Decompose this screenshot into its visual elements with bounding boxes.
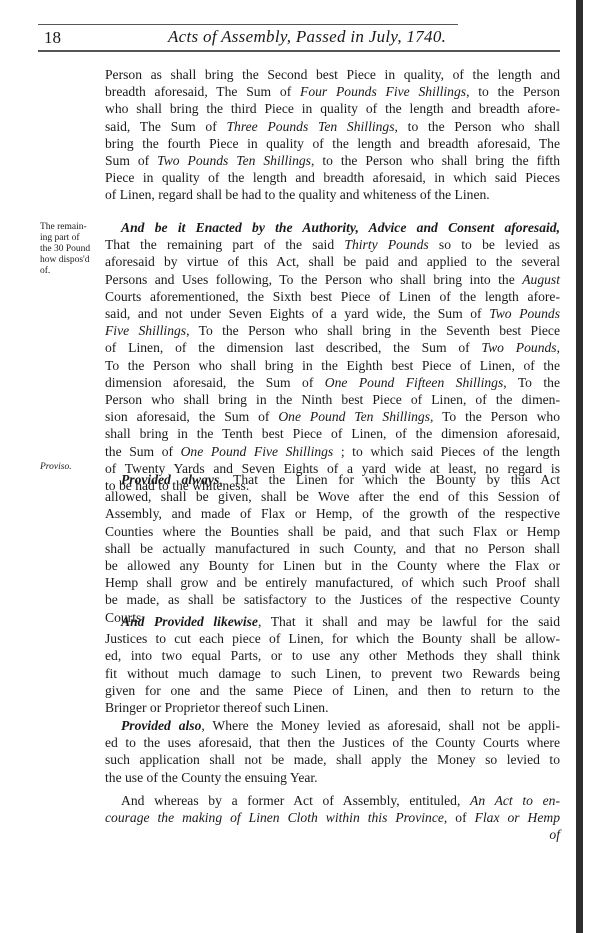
scan-binding-edge — [576, 0, 583, 933]
margin-note-remaining-part: The remain-ing part ofthe 30 Poundhow di… — [40, 222, 102, 277]
text-line: fit without much damage to such Linen, t… — [105, 665, 560, 682]
text-line: of Linen, regard shall be had to the qua… — [105, 186, 560, 203]
text-line: Provided also, Where the Money levied as… — [105, 717, 560, 734]
text-line: And whereas by a former Act of Assembly,… — [105, 792, 560, 809]
margin-note-line: Proviso. — [40, 462, 102, 473]
margin-note-line: of. — [40, 266, 102, 277]
text-line: Hemp shall grow and be entirely manufact… — [105, 574, 560, 591]
text-line: allowed, shall be given, shall be Wove a… — [105, 488, 560, 505]
text-line: dimension aforesaid, the Sum of One Poun… — [105, 374, 560, 391]
text-line: sion aforesaid, the Sum of One Pound Ten… — [105, 408, 560, 425]
running-head: Acts of Assembly, Passed in July, 1740. — [168, 27, 446, 47]
text-line: Sum of Two Pounds Ten Shillings, to the … — [105, 152, 560, 169]
text-line: the use of the County the ensuing Year. — [105, 769, 560, 786]
paragraph-p1: Person as shall bring the Second best Pi… — [105, 66, 560, 204]
text-line: breadth aforesaid, The Sum of Four Pound… — [105, 83, 560, 100]
text-line: bring the fourth Piece in quality of the… — [105, 135, 560, 152]
margin-note-proviso: Proviso. — [40, 462, 102, 473]
text-line: the Sum of One Pound Five Shillings ; to… — [105, 443, 560, 460]
text-line: ed, into two equal Parts, or to use any … — [105, 647, 560, 664]
margin-note-line: how dispos'd — [40, 255, 102, 266]
margin-note-line: The remain- — [40, 222, 102, 233]
text-line: said, The Sum of Three Pounds Ten Shilli… — [105, 118, 560, 135]
text-line: Persons and Uses following, To the Perso… — [105, 271, 560, 288]
catchword: of — [105, 826, 560, 843]
text-line: who shall bring the third Piece in quali… — [105, 100, 560, 117]
text-line: shall bring in the Tenth best Piece of L… — [105, 425, 560, 442]
text-line: Five Shillings, To the Person who shall … — [105, 322, 560, 339]
text-line: of Linen, of the dimension last describe… — [105, 339, 560, 356]
text-line: courage the making of Linen Cloth within… — [105, 809, 560, 826]
text-line: given for one and the same Piece of Line… — [105, 682, 560, 699]
text-line: such application shall not be made, shal… — [105, 751, 560, 768]
paragraph-p2: And be it Enacted by the Authority, Advi… — [105, 219, 560, 494]
text-line: Piece in quality of the length and bread… — [105, 169, 560, 186]
text-line: Courts aforementioned, the Sixth best Pi… — [105, 288, 560, 305]
paragraph-p3: Provided always, That the Linen for whic… — [105, 471, 560, 626]
text-line: be made, as shall be satisfactory to the… — [105, 591, 560, 608]
header-top-rule — [38, 24, 458, 25]
text-line: ed to the uses aforesaid, that then the … — [105, 734, 560, 751]
paragraph-p4: And Provided likewise, That it shall and… — [105, 613, 560, 716]
text-line: That the remaining part of the said Thir… — [105, 236, 560, 253]
text-line: And be it Enacted by the Authority, Advi… — [105, 219, 560, 236]
text-line: Counties where the Bounties shall be pai… — [105, 523, 560, 540]
text-line: Person as shall bring the Second best Pi… — [105, 66, 560, 83]
text-line: be allowed any Bounty for Linen but in t… — [105, 557, 560, 574]
text-line: shall be actually manufactured in such C… — [105, 540, 560, 557]
text-line: Provided always, That the Linen for whic… — [105, 471, 560, 488]
text-line: aforesaid by virtue of this Act, shall b… — [105, 253, 560, 270]
text-line: Assembly, and made of Flax or Hemp, of t… — [105, 505, 560, 522]
text-line: Justices to cut each piece of Linen, for… — [105, 630, 560, 647]
paragraph-p5: Provided also, Where the Money levied as… — [105, 717, 560, 786]
page-number: 18 — [44, 28, 61, 48]
text-line: And Provided likewise, That it shall and… — [105, 613, 560, 630]
text-line: Bringer or Proprietor thereof such Linen… — [105, 699, 560, 716]
margin-note-line: the 30 Pound — [40, 244, 102, 255]
paragraph-p6: And whereas by a former Act of Assembly,… — [105, 792, 560, 844]
header-bottom-rule — [38, 50, 560, 52]
margin-note-line: ing part of — [40, 233, 102, 244]
text-line: Person who shall bring in the Ninth best… — [105, 391, 560, 408]
text-line: To the Person who shall bring in the Eig… — [105, 357, 560, 374]
text-line: said, and not under Seven Eights of a ya… — [105, 305, 560, 322]
